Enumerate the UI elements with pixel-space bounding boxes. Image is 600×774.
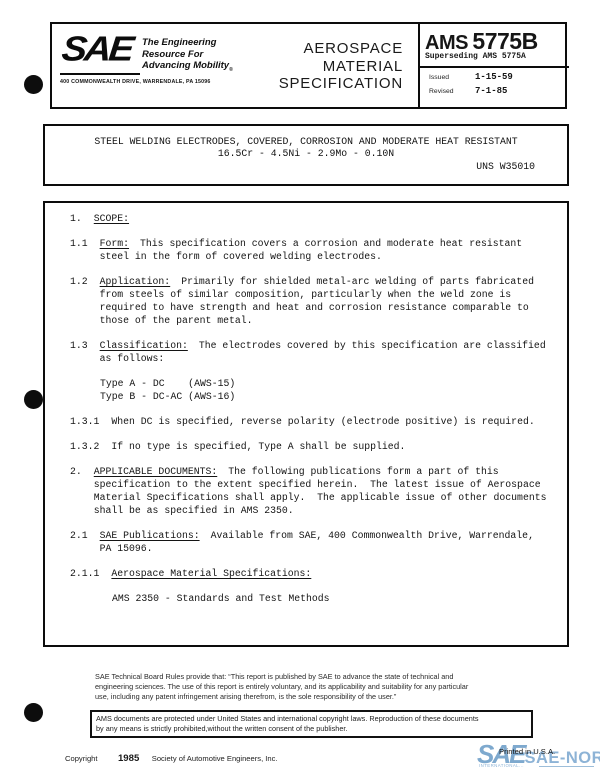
section-1-3-2: 1.3.2 If no type is specified, Type A sh… xyxy=(70,440,549,453)
section-2-applicable-documents: 2. APPLICABLE DOCUMENTS:The following pu… xyxy=(70,465,549,517)
watermark-rule xyxy=(539,766,594,767)
saenorm-watermark: SAESAE-NORM INTERNATIONAL... Printed in … xyxy=(477,739,600,773)
revised-label: Revised xyxy=(429,88,454,95)
registered-mark: ® xyxy=(229,67,233,73)
section-heading: Classification: xyxy=(100,340,188,351)
punch-hole-bottom xyxy=(24,703,43,722)
spec-number: AMS 5775B xyxy=(425,28,538,55)
section-1-2-application: 1.2 Application:Primarily for shielded m… xyxy=(70,275,549,327)
spec-number-cell: AMS 5775B Superseding AMS 5775A Issued 1… xyxy=(420,24,569,107)
title-box: STEEL WELDING ELECTRODES, COVERED, CORRO… xyxy=(43,124,569,186)
section-1-3-classification: 1.3 Classification:The electrodes covere… xyxy=(70,339,549,365)
electrode-type-list: Type A - DC (AWS-15) Type B - DC-AC (AWS… xyxy=(70,377,549,403)
sae-logo: SAE xyxy=(60,30,133,70)
section-1-3-1: 1.3.1 When DC is specified, reverse pola… xyxy=(70,415,549,428)
tagline-line1: The Engineering xyxy=(142,37,233,49)
copyright-protection-notice: AMS documents are protected under United… xyxy=(90,710,533,738)
section-2-1-sae-publications: 2.1 SAE Publications:Available from SAE,… xyxy=(70,529,549,555)
revised-date: 7-1-85 xyxy=(475,86,507,96)
copyright-year: 1985 xyxy=(118,753,139,764)
tagline-line2: Resource For xyxy=(142,49,233,61)
section-number: 2. xyxy=(70,465,82,517)
copyright-holder: Society of Automotive Engineers, Inc. xyxy=(152,754,278,763)
punch-hole-top xyxy=(24,75,43,94)
issued-date: 1-15-59 xyxy=(475,72,513,82)
ams-2350-reference: AMS 2350 - Standards and Test Methods xyxy=(70,592,549,605)
copyright-line: Copyright 1985 Society of Automotive Eng… xyxy=(65,748,278,766)
section-number: 1.3.2 xyxy=(70,440,99,453)
section-number: 1.3 xyxy=(70,339,88,365)
spec-prefix: AMS xyxy=(425,32,468,54)
doc-type-line2: MATERIAL xyxy=(279,58,403,76)
section-heading: Application: xyxy=(100,276,171,287)
section-number: 1.1 xyxy=(70,237,88,263)
document-type-title: AEROSPACE MATERIAL SPECIFICATION xyxy=(279,40,403,93)
uns-number: UNS W35010 xyxy=(45,161,567,172)
superseding-note: Superseding AMS 5775A xyxy=(425,52,526,61)
tagline-line3: Advancing Mobility® xyxy=(142,60,233,76)
section-number: 1.2 xyxy=(70,275,88,327)
technical-board-rules-text: SAE Technical Board Rules provide that: … xyxy=(95,672,547,701)
section-number: 2.1.1 xyxy=(70,567,99,580)
copyright-label: Copyright xyxy=(65,754,98,763)
printed-in-usa: Printed in U.S.A. xyxy=(499,747,555,756)
section-heading: SCOPE: xyxy=(94,213,129,224)
doc-type-line3: SPECIFICATION xyxy=(279,75,403,93)
spec-cell-divider xyxy=(420,66,569,68)
section-heading: SAE Publications: xyxy=(100,530,200,541)
section-number: 1.3.1 xyxy=(70,415,99,428)
spec-code: 5775B xyxy=(472,28,537,54)
doc-type-line1: AEROSPACE xyxy=(279,40,403,58)
section-heading: APPLICABLE DOCUMENTS: xyxy=(94,466,217,477)
section-number: 1. xyxy=(70,212,82,225)
issued-label: Issued xyxy=(429,74,449,81)
watermark-subtext: INTERNATIONAL... xyxy=(479,763,524,768)
header-box: SAE 400 COMMONWEALTH DRIVE, WARRENDALE, … xyxy=(50,22,567,109)
specification-body: 1. SCOPE: 1.1 Form:This specification co… xyxy=(43,201,569,647)
section-number: 2.1 xyxy=(70,529,88,555)
logo-divider xyxy=(60,73,140,75)
spec-title-composition: 16.5Cr - 4.5Ni - 2.9Mo - 0.10N xyxy=(45,148,567,159)
section-1-1-form: 1.1 Form:This specification covers a cor… xyxy=(70,237,549,263)
section-heading: Aerospace Material Specifications: xyxy=(111,568,311,579)
section-heading: Form: xyxy=(100,238,129,249)
section-2-1-1-aerospace-material-specs: 2.1.1 Aerospace Material Specifications: xyxy=(70,567,549,580)
section-1-scope: 1. SCOPE: xyxy=(70,212,549,225)
spec-title-line1: STEEL WELDING ELECTRODES, COVERED, CORRO… xyxy=(45,136,567,147)
sae-tagline: The Engineering Resource For Advancing M… xyxy=(142,37,233,76)
punch-hole-middle xyxy=(24,390,43,409)
publisher-address: 400 COMMONWEALTH DRIVE, WARRENDALE, PA 1… xyxy=(60,79,211,85)
